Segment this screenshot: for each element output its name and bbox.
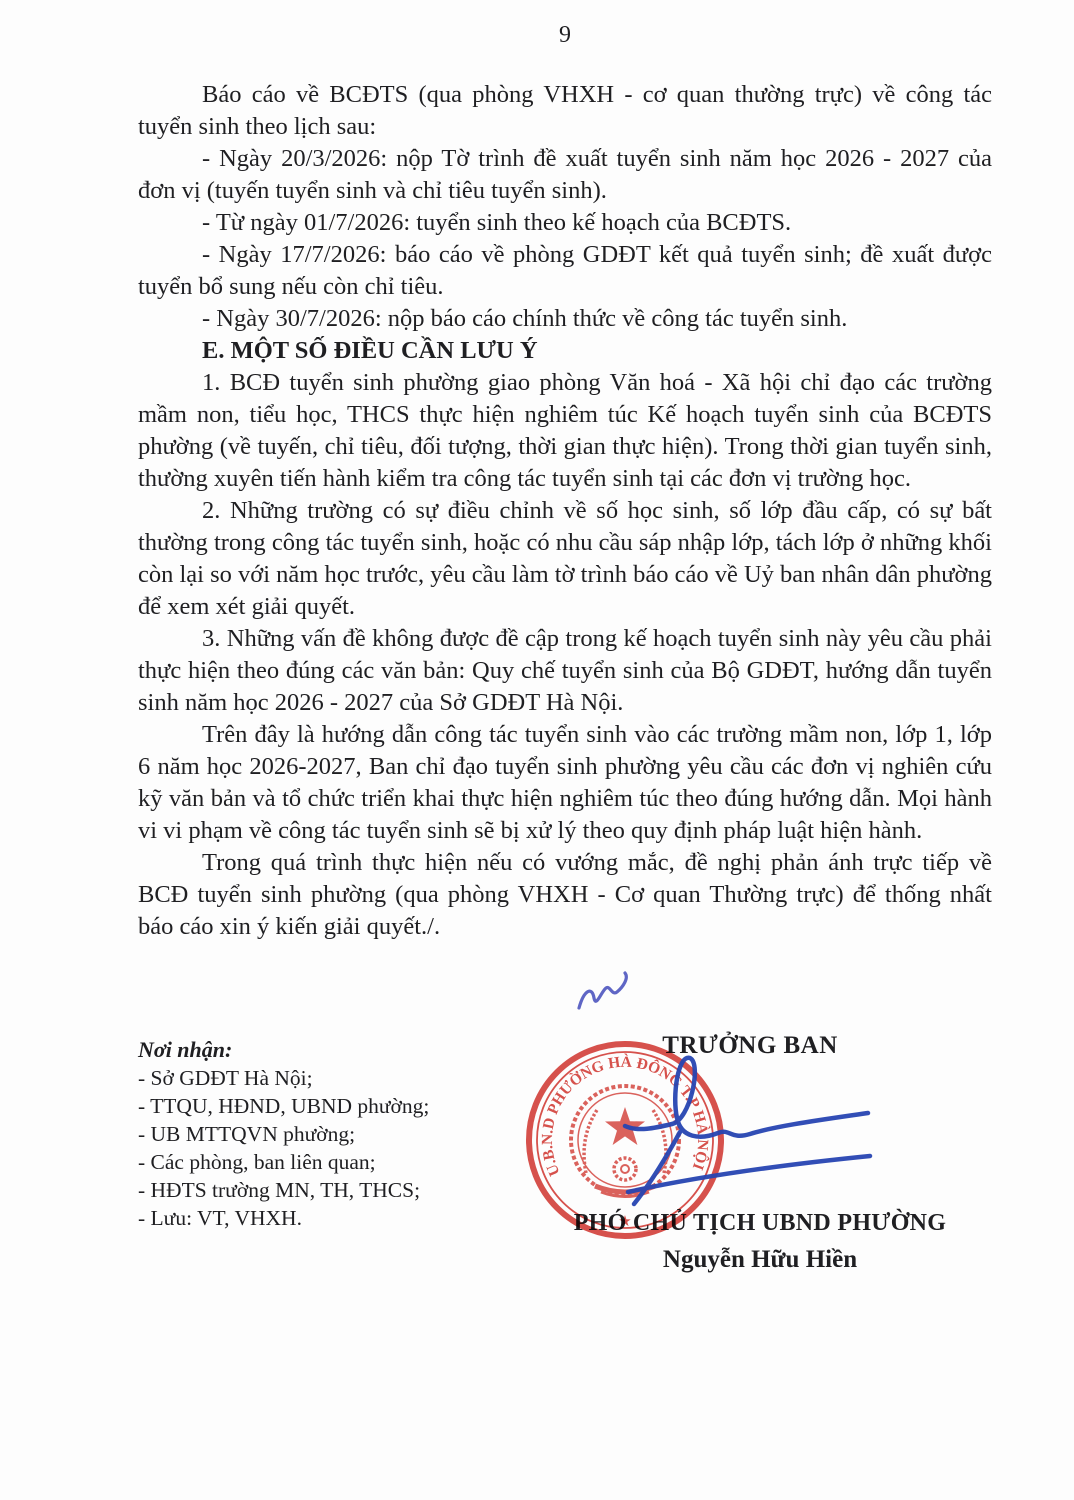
body-paragraph: 3. Những vấn đề không được đề cập trong …	[138, 623, 992, 719]
signature-ink	[550, 1048, 910, 1208]
body-paragraph: - Ngày 17/7/2026: báo cáo về phòng GDĐT …	[138, 239, 992, 303]
body-paragraph: - Ngày 20/3/2026: nộp Tờ trình đề xuất t…	[138, 143, 992, 207]
recipient-item: - Lưu: VT, VHXH.	[138, 1204, 468, 1232]
pen-initial-ink	[573, 968, 643, 1016]
page-number: 9	[138, 22, 992, 49]
body-paragraph: - Ngày 30/7/2026: nộp báo cáo chính thức…	[138, 303, 992, 335]
document-page: 9 Báo cáo về BCĐTS (qua phòng VHXH - cơ …	[0, 0, 1074, 1500]
body-paragraph: Trong quá trình thực hiện nếu có vướng m…	[138, 847, 992, 943]
seal-bottom-star: ★	[618, 1214, 631, 1230]
signature-tail-stroke	[634, 1132, 680, 1204]
body-paragraph: 1. BCĐ tuyển sinh phường giao phòng Văn …	[138, 367, 992, 495]
recipients-label: Nơi nhận:	[138, 1036, 468, 1064]
body-paragraph: Báo cáo về BCĐTS (qua phòng VHXH - cơ qu…	[138, 79, 992, 143]
body-paragraph: 2. Những trường có sự điều chỉnh về số h…	[138, 495, 992, 623]
recipient-item: - TTQU, HĐND, UBND phường;	[138, 1092, 468, 1120]
body-paragraph: - Từ ngày 01/7/2026: tuyển sinh theo kế …	[138, 207, 992, 239]
body-paragraph: Trên đây là hướng dẫn công tác tuyển sin…	[138, 719, 992, 847]
signer-name: Nguyễn Hữu Hiền	[545, 1246, 975, 1274]
recipient-item: - UB MTTQVN phường;	[138, 1120, 468, 1148]
document-body: Báo cáo về BCĐTS (qua phòng VHXH - cơ qu…	[138, 79, 992, 943]
recipient-item: - HĐTS trường MN, TH, THCS;	[138, 1176, 468, 1204]
section-heading: E. MỘT SỐ ĐIỀU CẦN LƯU Ý	[138, 335, 992, 367]
signature-main-stroke	[625, 1058, 868, 1137]
recipients-block: Nơi nhận: - Sở GDĐT Hà Nội; - TTQU, HĐND…	[138, 1036, 468, 1232]
recipient-item: - Các phòng, ban liên quan;	[138, 1148, 468, 1176]
pen-initial-stroke	[579, 973, 626, 1008]
recipient-item: - Sở GDĐT Hà Nội;	[138, 1064, 468, 1092]
